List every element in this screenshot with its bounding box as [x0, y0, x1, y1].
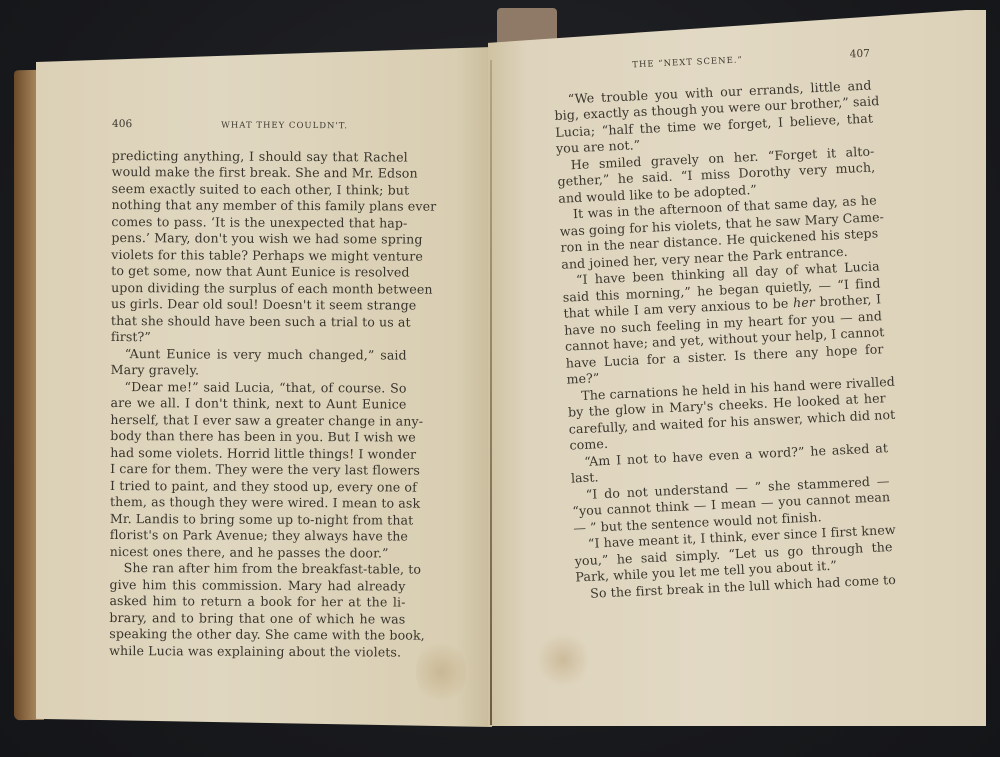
text-line: first?”	[111, 329, 407, 347]
text-line: while Lucia was explaining about the vio…	[109, 642, 405, 660]
text-line: them, as though they were wired. I mean …	[110, 494, 406, 512]
paper-stain	[416, 637, 466, 707]
text-line: comes to pass. ‘It is the unexpected tha…	[111, 213, 407, 231]
text-line: She ran after him from the breakfast-tab…	[110, 560, 406, 578]
text-line: brary, and to bring that one of which he…	[109, 609, 405, 627]
left-page-text: 406 WHAT THEY COULDN'T. predicting anyth…	[109, 116, 408, 661]
text-line: us girls. Dear old soul! Doesn't it seem…	[111, 296, 407, 314]
text-line: I tried to paint, and they stood up, eve…	[110, 477, 406, 495]
text-line: are we all. I don't think, next to Aunt …	[110, 395, 406, 413]
text-line: I care for them. They were the very last…	[110, 461, 406, 479]
text-line: body than there has been in you. But I w…	[110, 428, 406, 446]
running-title: WHAT THEY COULDN'T.	[221, 118, 348, 135]
text-line: violets for this table? Perhaps we might…	[111, 246, 407, 264]
text-line: to get some, now that Aunt Eunice is res…	[111, 263, 407, 281]
text-line: nothing that any member of this family p…	[111, 197, 407, 215]
page-number: 406	[112, 116, 132, 133]
text-line: asked him to return a book for her at th…	[109, 593, 405, 611]
page-number: 407	[849, 46, 870, 63]
text-line: give him this commission. Mary had alrea…	[110, 576, 406, 594]
right-page-text: THE “NEXT SCENE.” 407 “We trouble you wi…	[552, 46, 894, 603]
book-gutter	[490, 60, 492, 725]
right-page-body: “We trouble you with our errands, little…	[553, 77, 894, 602]
text-line: speaking the other day. She came with th…	[109, 626, 405, 644]
text-line: that she should have been such a trial t…	[111, 312, 407, 330]
running-title: THE “NEXT SCENE.”	[632, 52, 743, 74]
text-line: “Dear me!” said Lucia, “that, of course.…	[111, 378, 407, 396]
left-running-head: 406 WHAT THEY COULDN'T.	[112, 116, 408, 135]
text-line: Mr. Landis to bring some up to-night fro…	[110, 510, 406, 528]
text-line: herself, that I ever saw a greater chang…	[110, 411, 406, 429]
text-line: seem exactly suited to each other, I thi…	[112, 180, 408, 198]
text-line: would make the first break. She and Mr. …	[112, 164, 408, 182]
text-line: Mary gravely.	[111, 362, 407, 380]
text-line: nicest ones there, and he passes the doo…	[110, 543, 406, 561]
text-line: “Aunt Eunice is very much changed,” said	[111, 345, 407, 363]
text-line: florist's on Park Avenue; they always ha…	[110, 527, 406, 545]
left-page-body: predicting anything, I should say that R…	[109, 147, 408, 660]
text-line: had some violets. Horrid little things! …	[110, 444, 406, 462]
paper-stain	[538, 630, 588, 690]
text-line: predicting anything, I should say that R…	[112, 147, 408, 165]
text-line: upon dividing the surplus of each month …	[111, 279, 407, 297]
text-line: pens.’ Mary, don't you wish we had some …	[111, 230, 407, 248]
